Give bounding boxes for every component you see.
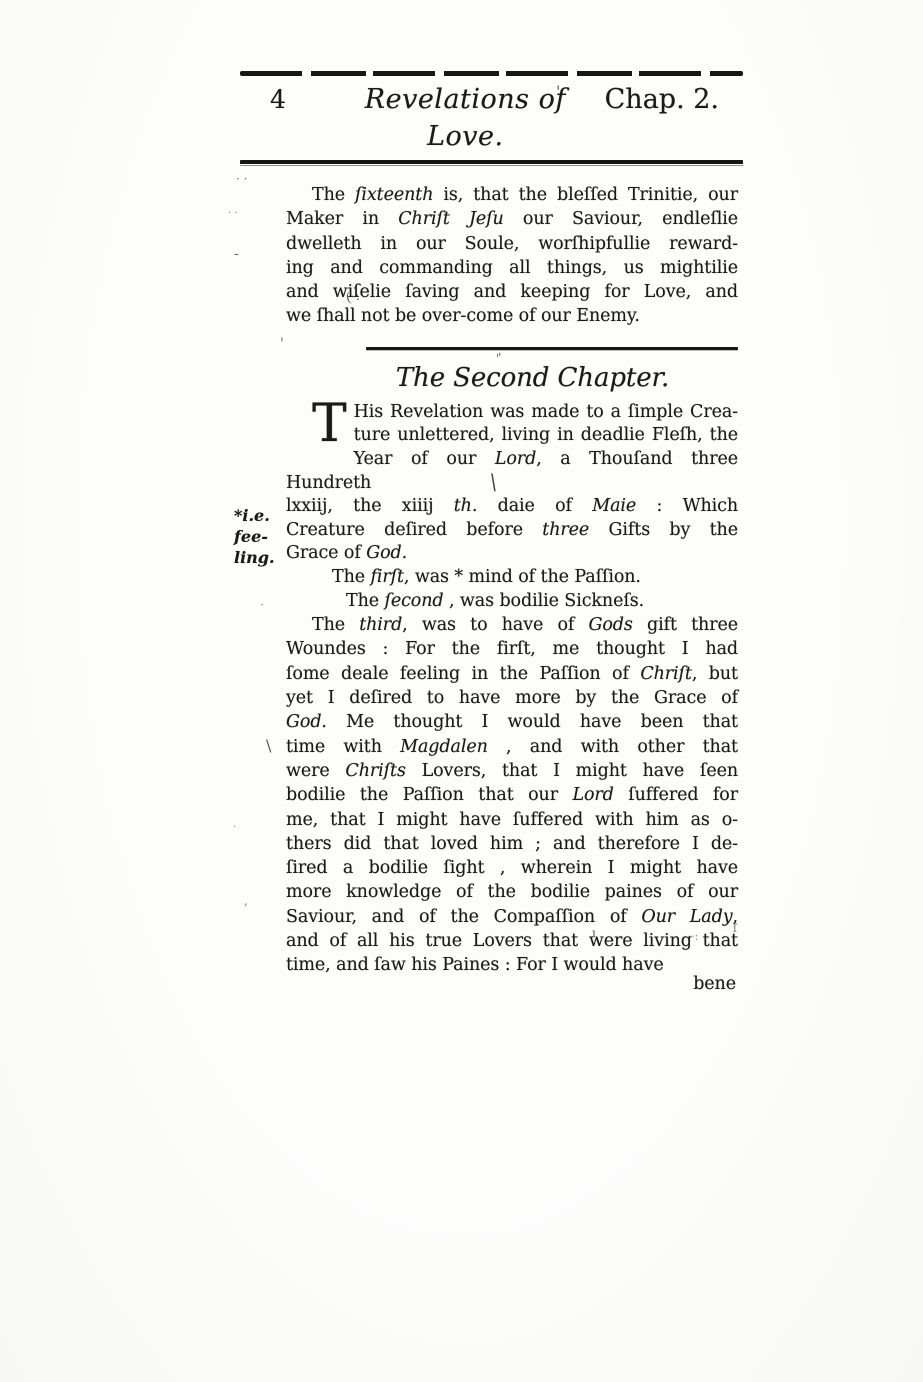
- text-line: time with Magdalen , and with other that: [286, 735, 738, 759]
- scan-artifact: ·: [233, 822, 236, 833]
- text-line: ing and commanding all things, us mighti…: [286, 256, 738, 280]
- text-line: lxxiij, the xiiij th. daie of Maie : Whi…: [286, 495, 738, 519]
- running-header: 4 Revelations of Love. Chap. 2.: [240, 81, 743, 155]
- text-line: His Revelation was made to a ſimple Crea…: [286, 401, 738, 425]
- text-line: Creature deſired before three Gifts by t…: [286, 519, 738, 543]
- chapter-heading: The Second Chapter.: [332, 361, 733, 395]
- text-line: The third, was to have of Gods gift thre…: [286, 613, 738, 637]
- chapter-divider-rule: [366, 347, 738, 350]
- text-line: The ſecond , was bodilie Sickneſs.: [286, 590, 738, 614]
- text-line: more knowledge of the bodilie paines of …: [286, 880, 738, 904]
- text-line: me, that I might have ſuffered with him …: [286, 808, 738, 832]
- text-column: 4 Revelations of Love. Chap. 2. The ſixt…: [240, 64, 743, 996]
- page-number: 4: [240, 81, 326, 118]
- header-bottom-rule: [240, 160, 743, 167]
- chapter-label: Chap. 2.: [605, 81, 743, 118]
- text-line: Maker in Chriſt Jeſu our Saviour, endleſ…: [286, 207, 738, 231]
- text-line: Grace of God.: [286, 542, 738, 566]
- margin-note-line: ling.: [234, 547, 308, 568]
- text-line: Woundes : For the firſt, me thought I ha…: [286, 637, 738, 661]
- text-line: Year of our Lord, a Thouſand three Hundr…: [286, 448, 738, 495]
- text-line: we ſhall not be over-come of our Enemy.: [286, 304, 738, 328]
- gifts-list: The firſt, was * mind of the Paſſion.The…: [286, 566, 738, 613]
- text-line: and of all his true Lovers that were liv…: [286, 929, 738, 953]
- text-line: The firſt, was * mind of the Paſſion.: [286, 566, 738, 590]
- text-line: were Chriſts Lovers, that I might have ſ…: [286, 759, 738, 783]
- paragraph-chapter-opening: T His Revelation was made to a ſimple Cr…: [286, 401, 738, 566]
- scan-artifact: · ·: [228, 208, 238, 219]
- paragraph-sixteenth-revelation: The ſixteenth is, that the bleſſed Trini…: [286, 183, 738, 329]
- text-line: The ſixteenth is, that the bleſſed Trini…: [286, 183, 738, 207]
- text-line: dwelleth in our Soule, worſhipfullie rew…: [286, 232, 738, 256]
- drop-cap-initial: T: [312, 404, 347, 450]
- text-line: yet I deſired to have more by the Grace …: [286, 686, 738, 710]
- text-line: Saviour, and of the Compaſſion of Our La…: [286, 905, 738, 929]
- header-top-rule: [240, 71, 743, 76]
- paragraph-third-gift: The third, was to have of Gods gift thre…: [286, 613, 738, 977]
- text-line: God. Me thought I would have been that: [286, 710, 738, 734]
- text-line: and wiſelie ſaving and keeping for Love,…: [286, 280, 738, 304]
- catchword-text: bene: [693, 974, 736, 994]
- text-block: The ſixteenth is, that the bleſſed Trini…: [286, 183, 738, 996]
- text-line: ture unlettered, living in deadlie Fleſh…: [286, 424, 738, 448]
- margin-note-line: *i.e. fee-: [234, 505, 308, 547]
- running-title: Revelations of Love.: [326, 81, 605, 155]
- text-line: ſome deale feeling in the Paſſion of Chr…: [286, 662, 738, 686]
- text-line: bodilie the Paſſion that our Lord ſuffer…: [286, 783, 738, 807]
- text-line: ſired a bodilie ſight , wherein I might …: [286, 856, 738, 880]
- margin-note: *i.e. fee- ling.: [234, 505, 308, 568]
- book-page-scan: 4 Revelations of Love. Chap. 2. The ſixt…: [0, 0, 923, 1382]
- text-line: thers did that loved him ; and therefore…: [286, 832, 738, 856]
- scan-artifact: -: [234, 246, 239, 262]
